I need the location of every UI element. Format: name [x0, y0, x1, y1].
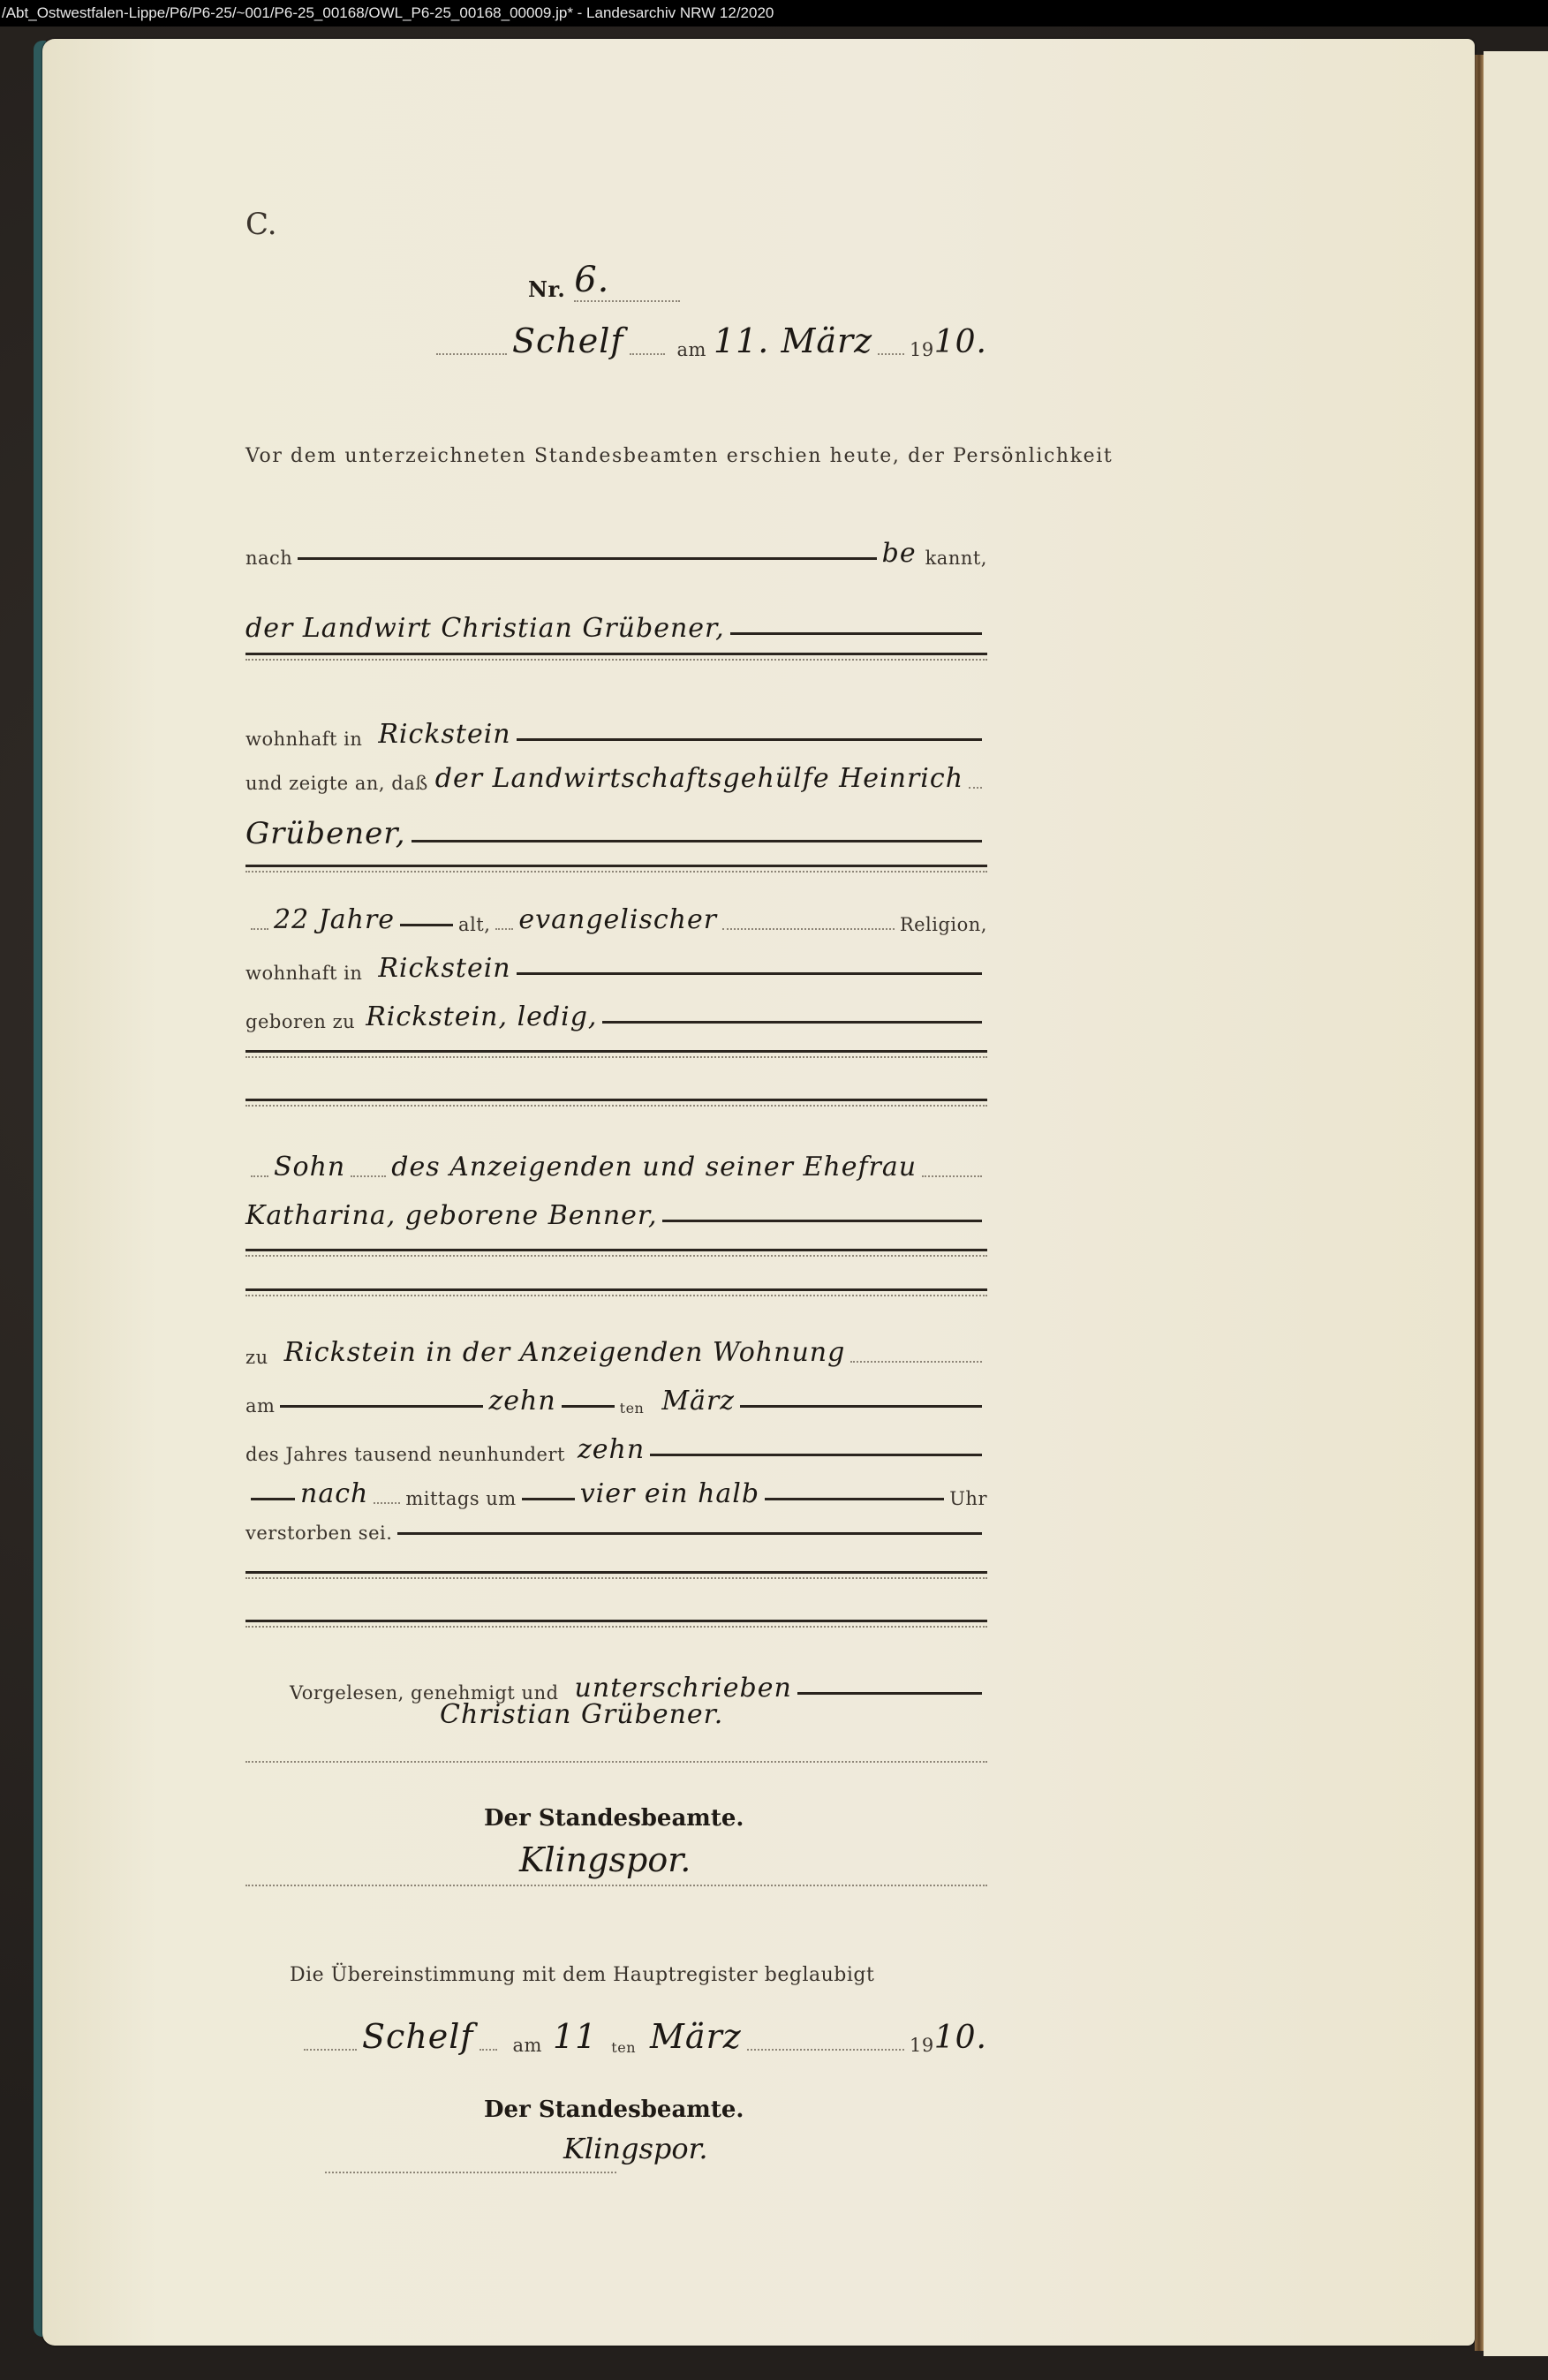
book-gutter — [1475, 55, 1484, 2351]
death-year-value: zehn — [578, 1434, 645, 1465]
death-time-value: vier ein halb — [580, 1478, 759, 1509]
death-date-row: am zehn ten März — [245, 1386, 987, 1417]
deceased-residence-row: wohnhaft in Rickstein — [245, 953, 987, 984]
blank-line — [245, 1050, 987, 1053]
year-suffix: 10. — [934, 324, 987, 360]
certification-am-label: am — [513, 2035, 542, 2056]
death-day-value: zehn — [488, 1386, 555, 1417]
death-month-value: März — [661, 1386, 735, 1417]
death-time-period: nach — [300, 1478, 368, 1509]
window-title-bar: /Abt_Ostwestfalen-Lippe/P6/P6-25/~001/P6… — [0, 0, 1548, 26]
signature-line — [325, 2172, 616, 2173]
year-prefix: 19 — [910, 339, 934, 360]
blank-line — [245, 865, 987, 867]
informant-signature: Christian Grübener. — [440, 1699, 723, 1730]
announcement-value-2: Grübener, — [245, 816, 406, 851]
parents-relation: Sohn — [274, 1152, 345, 1182]
deceased-residence-value: Rickstein — [378, 953, 510, 984]
place-value: Schelf — [512, 321, 624, 360]
certification-year-prefix: 19 — [910, 2035, 934, 2056]
blank-line — [245, 1288, 987, 1291]
certification-year-suffix: 10. — [934, 2020, 987, 2056]
death-place-row: zu Rickstein in der Anzeigenden Wohnung — [245, 1337, 987, 1368]
death-date-label: am — [245, 1395, 275, 1417]
parents-value-2: Katharina, geborene Benner, — [245, 1200, 657, 1231]
signature-line — [245, 1761, 987, 1763]
number-label: Nr. — [528, 276, 565, 302]
document-page: C. Nr. 6. Schelf am 11. März 19 10. Vor … — [42, 39, 1475, 2346]
residence-label: wohnhaft in — [245, 729, 362, 750]
certification-place: Schelf — [362, 2017, 474, 2056]
blank-line — [245, 1249, 987, 1251]
announcement-value-1: der Landwirtschaftsgehülfe Heinrich — [435, 763, 963, 794]
residence-value: Rickstein — [378, 719, 510, 750]
known-label: kannt, — [925, 548, 987, 569]
death-place-label: zu — [245, 1347, 268, 1368]
informant-value: der Landwirt Christian Grübener, — [245, 613, 725, 644]
certification-date-row: Schelf am 11 ten März 19 10. — [298, 2017, 987, 2056]
announcement-row-2: Grübener, — [245, 816, 987, 851]
nach-label: nach — [245, 548, 292, 569]
official-signature-2: Klingspor. — [563, 2132, 708, 2165]
birthplace-row: geboren zu Rickstein, ledig, — [245, 1001, 987, 1032]
intro-text: Vor dem unterzeichneten Standesbeamten e… — [245, 445, 1113, 467]
parents-row-2: Katharina, geborene Benner, — [245, 1200, 987, 1231]
record-number: Nr. 6. — [528, 260, 680, 302]
death-time-row: nach mittags um vier ein halb Uhr — [245, 1478, 987, 1509]
age-row: 22 Jahre alt, evangelischer Religion, — [245, 904, 987, 935]
window-title: /Abt_Ostwestfalen-Lippe/P6/P6-25/~001/P6… — [2, 4, 774, 21]
birthplace-value: Rickstein, ledig, — [366, 1001, 597, 1032]
date-value: 11. März — [714, 321, 872, 360]
blank-line — [245, 1099, 987, 1101]
signature-line — [245, 1885, 987, 1886]
death-year-row: des Jahres tausend neunhundert zehn — [245, 1434, 987, 1465]
blank-line — [245, 1571, 987, 1574]
blank-line — [245, 653, 987, 655]
death-year-label: des Jahres tausend neunhundert — [245, 1444, 565, 1465]
death-place-value: Rickstein in der Anzeigenden Wohnung — [284, 1337, 846, 1368]
verstorben-row: verstorben sei. — [245, 1522, 987, 1544]
certification-text: Die Übereinstimmung mit dem Hauptregiste… — [290, 1964, 874, 1986]
certification-month: März — [650, 2017, 742, 2056]
form-letter: C. — [245, 207, 277, 242]
blank-line — [245, 1620, 987, 1622]
residence-row: wohnhaft in Rickstein — [245, 719, 987, 750]
religion-label: Religion, — [900, 914, 987, 935]
ten-label: ten — [620, 1400, 645, 1417]
birthplace-label: geboren zu — [245, 1011, 355, 1032]
announcement-row: und zeigte an, daß der Landwirtschaftsge… — [245, 763, 987, 794]
facing-page — [1484, 51, 1548, 2356]
age-label: alt, — [458, 914, 490, 935]
known-row: nach be kannt, — [245, 538, 987, 569]
am-label: am — [677, 339, 706, 360]
official-signature-1: Klingspor. — [519, 1840, 691, 1879]
mittags-label: mittags um — [405, 1488, 516, 1509]
deceased-residence-label: wohnhaft in — [245, 963, 362, 984]
verstorben-label: verstorben sei. — [245, 1522, 392, 1544]
place-date-row: Schelf am 11. März 19 10. — [431, 321, 987, 360]
known-prefix: be — [882, 538, 917, 569]
announcement-label: und zeigte an, daß — [245, 773, 428, 794]
parents-row-1: Sohn des Anzeigenden und seiner Ehefrau — [245, 1152, 987, 1182]
informant-row: der Landwirt Christian Grübener, — [245, 613, 987, 644]
parents-value-1: des Anzeigenden und seiner Ehefrau — [391, 1152, 917, 1182]
official-title-1: Der Standesbeamte. — [484, 1805, 744, 1832]
uhr-label: Uhr — [949, 1488, 987, 1509]
certification-ten-label: ten — [611, 2039, 636, 2056]
certification-day: 11 — [553, 2017, 597, 2056]
official-title-2: Der Standesbeamte. — [484, 2097, 744, 2123]
age-value: 22 Jahre — [274, 904, 395, 935]
intro-row: Vor dem unterzeichneten Standesbeamten e… — [245, 445, 987, 467]
religion-value: evangelischer — [518, 904, 717, 935]
number-value: 6. — [574, 260, 680, 302]
